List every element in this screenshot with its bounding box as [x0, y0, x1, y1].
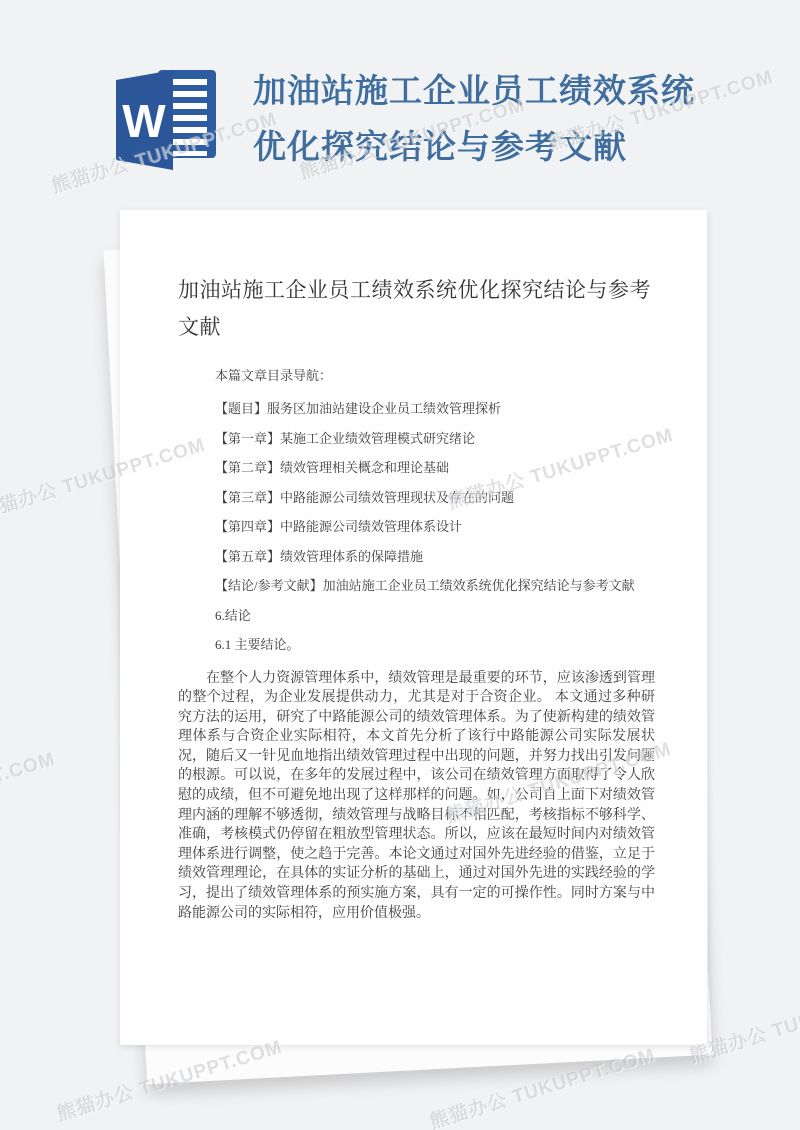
subsection-heading: 6.1 主要结论。: [178, 630, 655, 660]
toc-item-chapter-3: 【第三章】中路能源公司绩效管理现状及存在的问题: [178, 483, 655, 513]
toc-item-chapter-1: 【第一章】某施工企业绩效管理模式研究绪论: [178, 424, 655, 454]
page-title-line2: 优化探究结论与参考文献: [253, 120, 723, 176]
page-title-line1: 加油站施工企业员工绩效系统: [253, 64, 723, 120]
word-icon: W: [100, 60, 224, 172]
document-nav-label: 本篇文章目录导航：: [178, 362, 655, 390]
toc-item-topic: 【题目】服务区加油站建设企业员工绩效管理探析: [178, 394, 655, 424]
document-paragraph: 在整个人力资源管理体系中，绩效管理是最重要的环节，应该渗透到管理的整个过程，为企…: [178, 669, 655, 924]
page-title: 加油站施工企业员工绩效系统 优化探究结论与参考文献: [253, 64, 723, 176]
toc-item-chapter-4: 【第四章】中路能源公司绩效管理体系设计: [178, 512, 655, 542]
site-header: W 加油站施工企业员工绩效系统 优化探究结论与参考文献: [0, 0, 800, 200]
section-heading: 6.结论: [178, 601, 655, 631]
word-icon-letter: W: [122, 95, 166, 147]
document-title: 加油站施工企业员工绩效系统优化探究结论与参考文献: [178, 272, 655, 346]
toc-item-chapter-5: 【第五章】绩效管理体系的保障措施: [178, 542, 655, 572]
toc-item-conclusion: 【结论/参考文献】加油站施工企业员工绩效系统优化探究结论与参考文献: [178, 571, 655, 601]
document-preview: 加油站施工企业员工绩效系统优化探究结论与参考文献 本篇文章目录导航： 【题目】服…: [120, 210, 708, 1045]
page: W 加油站施工企业员工绩效系统 优化探究结论与参考文献 加油站施工企业员工绩效系…: [0, 0, 800, 1130]
toc-item-chapter-2: 【第二章】绩效管理相关概念和理论基础: [178, 453, 655, 483]
watermark: 熊猫办公 TUKUPPT.COM: [0, 744, 58, 838]
document-toc: 【题目】服务区加油站建设企业员工绩效管理探析 【第一章】某施工企业绩效管理模式研…: [178, 394, 655, 601]
